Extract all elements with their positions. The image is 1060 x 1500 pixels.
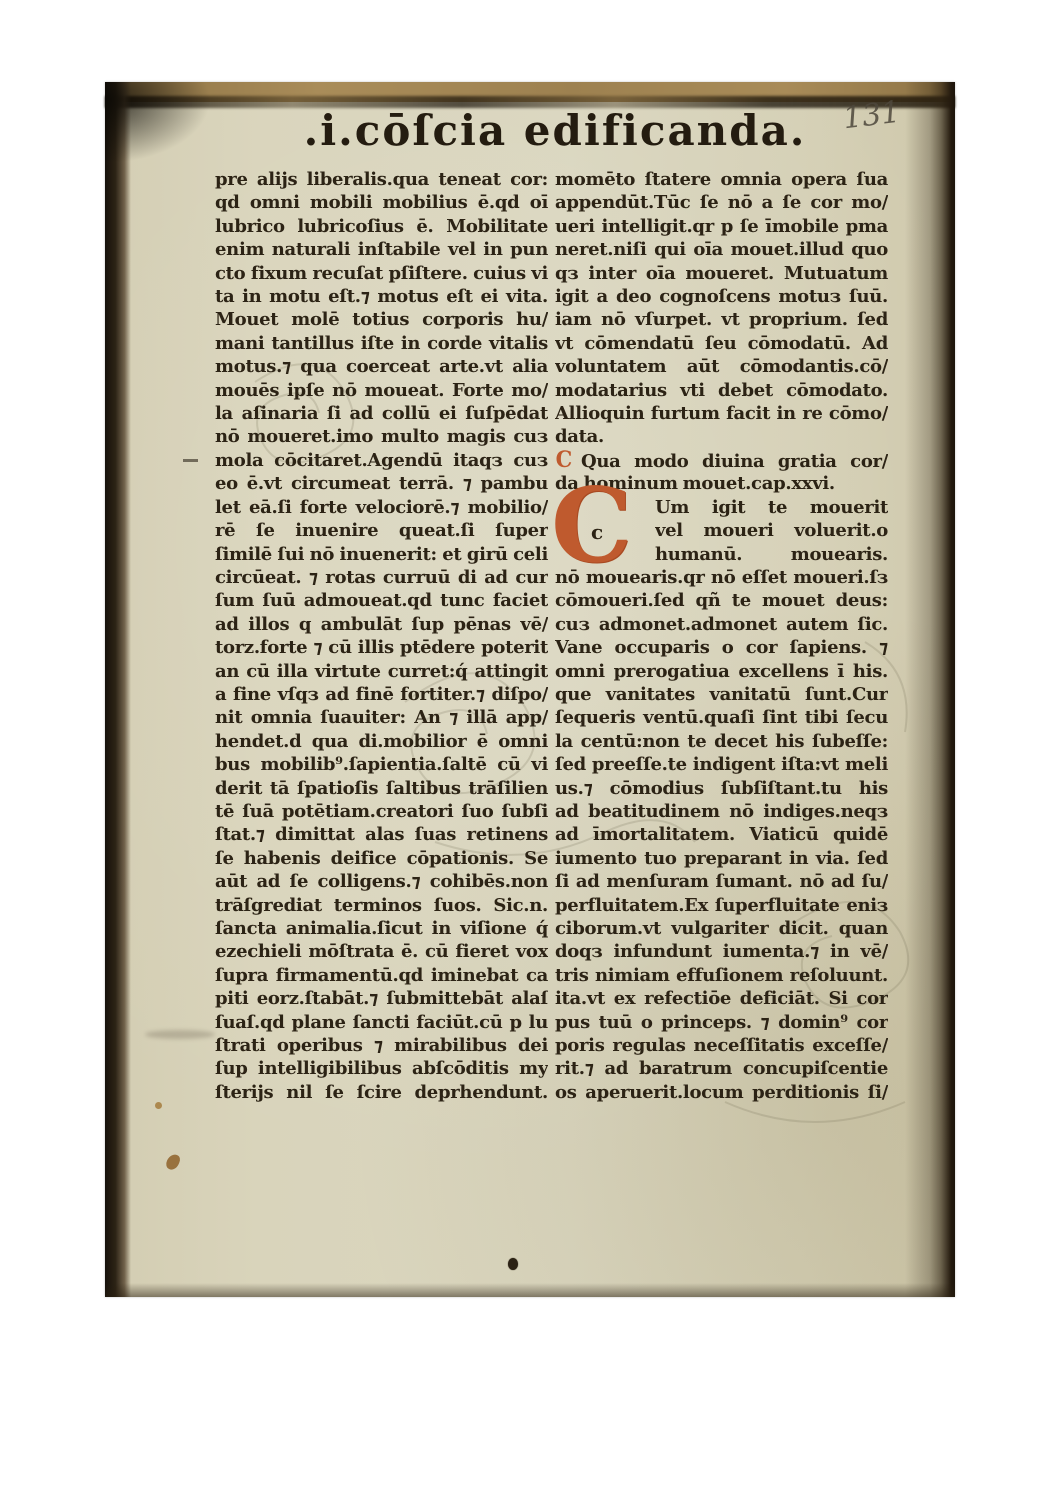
text-line: Mouet molē totius corporis hu/ — [215, 308, 548, 331]
book-page-photo: .i.cōſcia edificanda. 131 pre alijs libe… — [105, 82, 955, 1297]
text-line: ſequeris ventū.quaſi ſint tibi ſecu — [555, 706, 888, 729]
text-line: os aperuerit.locum perditionis ſi/ — [555, 1081, 888, 1104]
handwritten-folio-number: 131 — [841, 95, 902, 137]
text-line: enim naturali inſtabile vel in pun — [215, 238, 548, 261]
text-line: ciborum.vt vulgariter dicit. quan — [555, 917, 888, 940]
text-line: nit omnia ſuauiter: An ⁊ illā app/ — [215, 706, 548, 729]
text-line: cuз admonet.admonet autem ſic. — [555, 613, 888, 636]
text-line: tē ſuā potētiam.creatori ſuo ſubſi — [215, 800, 548, 823]
text-line: mani tantillus iſte in corde vitalis — [215, 332, 548, 355]
text-line: la centū:non te decet his ſubeſſe: — [555, 730, 888, 753]
text-line: aūt ad ſe colligens.⁊ cohibēs.non — [215, 870, 548, 893]
text-line: let eā.ſi forte velociorē.⁊ mobilio/ — [215, 496, 548, 519]
text-line: ſupra firmamentū.qd iminebat ca — [215, 964, 548, 987]
text-line: Um igit te mouerit deus. — [655, 496, 888, 519]
running-header-title: .i.cōſcia edificanda. — [295, 106, 815, 155]
text-line: modatarius vti debet cōmodato. — [555, 379, 888, 402]
text-line: torz.forte ⁊ cū illis ptēdere poterit — [215, 636, 548, 659]
text-line: la aſinaria ſi ad collū ei ſuſpēdat — [215, 402, 548, 425]
text-column-left: pre alijs liberalis.qua teneat cor:qd om… — [215, 168, 548, 1104]
text-line: neret.niſi qui oīa mouet.illud quo — [555, 238, 888, 261]
corner-shadow — [105, 82, 255, 172]
text-line: ſuaſ.qd plane ſancti faciūt.cū p lu — [215, 1011, 548, 1034]
text-line: ezechieli mōſtrata ē. cū fieret vox — [215, 940, 548, 963]
text-line: appendūt.Tūc ſe nō a ſe cor mo/ — [555, 191, 888, 214]
text-line: Vane occuparis o cor ſapiens. ⁊ — [555, 636, 888, 659]
text-line: lubrico lubricoſius ē. Mobilitate — [215, 215, 548, 238]
text-line: vel moueri voluerit.o cor — [655, 519, 888, 542]
small-stain — [155, 1102, 162, 1109]
text-line: ſterijs nil ſe ſcire deprhendunt. ſed — [215, 1081, 548, 1104]
text-line: cto fixum recuſat pſiſtere. cuius vi — [215, 262, 548, 285]
text-line: ſe habenis deifice cōpationis. Se — [215, 847, 548, 870]
ink-spot — [508, 1258, 518, 1270]
guide-letter: c — [591, 520, 603, 544]
page-fore-edge — [905, 82, 955, 1297]
text-line: omni prerogatiua excellens ī his. — [555, 660, 888, 683]
brown-stain — [164, 1152, 182, 1172]
text-line: circūeat. ⁊ rotas curruū di ad cur — [215, 566, 548, 589]
text-line: humanū. mouearis. aliter — [655, 543, 888, 566]
text-line: poris regulas neceſſitatis exceſſe/ — [555, 1034, 888, 1057]
text-line: ſed preeſſe.te indigent iſta:vt meli — [555, 753, 888, 776]
text-line: derit tā ſpatioſis ſaltibus trāſilien — [215, 777, 548, 800]
text-line: ad beatitudinem nō indiges.neqз — [555, 800, 888, 823]
text-line: ſtat.⁊ dimittat alas ſuas retinens — [215, 823, 548, 846]
text-line: data. — [555, 425, 888, 448]
text-line: motus.⁊ qua coerceat arte.vt alia — [215, 355, 548, 378]
text-line: iam nō vſurpet. vt proprium. ſed — [555, 308, 888, 331]
text-line: ta in motu eſt.⁊ motus eſt ei vita. — [215, 285, 548, 308]
text-line: vt cōmendatū ſeu cōmodatū. Ad — [555, 332, 888, 355]
text-line: hendet.d qua di.mobilior ē omni — [215, 730, 548, 753]
text-line: voluntatem aūt cōmodantis.cō/ — [555, 355, 888, 378]
text-line: ita.vt ex refectiōe deficiāt. Si cor — [555, 987, 888, 1010]
text-line: pus tuū o princeps. ⁊ domin⁹ cor — [555, 1011, 888, 1034]
binding-gutter-shadow — [105, 82, 131, 1297]
text-line: pre alijs liberalis.qua teneat cor: — [215, 168, 548, 191]
margin-smudge — [145, 1030, 215, 1039]
page-bottom-edge — [105, 1283, 955, 1297]
text-line: eo ē.vt circumeat terrā. ⁊ pambu — [215, 472, 548, 495]
text-line: rit.⁊ ad baratrum concupiſcentie — [555, 1057, 888, 1080]
text-line: ſimilē ſui nō inuenerit: et girū celi — [215, 543, 548, 566]
text-line: ſtrati operibus ⁊ mirabilibus dei — [215, 1034, 548, 1057]
text-line: nō moueret.imo multo magis cuз — [215, 425, 548, 448]
text-line: iumento tuo preparant in via. ſed — [555, 847, 888, 870]
text-line: que vanitates vanitatū ſunt.Cur — [555, 683, 888, 706]
text-line: mola cōcitaret.Agendū itaqз cuз — [215, 449, 548, 472]
text-line: momēto ſtatere omnia opera ſua — [555, 168, 888, 191]
text-column-right: momēto ſtatere omnia opera ſuaappendūt.T… — [555, 168, 888, 1104]
margin-pen-mark — [183, 459, 198, 462]
text-line: cōmoueri.ſed qñ te mouet deus: — [555, 589, 888, 612]
text-line: ſum ſuū admoueat.qd tunc faciet — [215, 589, 548, 612]
text-line: doqз infundunt iumenta.⁊ in vē/ — [555, 940, 888, 963]
text-line: piti eorz.ſtabāt.⁊ ſubmittebāt alaſ — [215, 987, 548, 1010]
text-line: ſi ad menſuram ſumant. nō ad ſu/ — [555, 870, 888, 893]
text-line: rē ſe inuenire queat.ſi ſuper terraз — [215, 519, 548, 542]
text-line: ſancta animalia.ſicut in viſione q́ — [215, 917, 548, 940]
text-line: us.⁊ cōmodius ſubſiſtant.tu his — [555, 777, 888, 800]
text-line: a fine vſqз ad finē fortiter.⁊ diſpo/ — [215, 683, 548, 706]
text-line: an cū illa virtute curret:q́ attingit — [215, 660, 548, 683]
text-line: tris nimiam effuſionem reſoluunt. — [555, 964, 888, 987]
text-line: bus mobilib⁹.ſapientia.ſaltē cū vi — [215, 753, 548, 776]
text-line: ad illos q ambulāt ſup pēnas vē/ — [215, 613, 548, 636]
text-line: mouēs ipſe nō moueat. Forte mo/ — [215, 379, 548, 402]
text-line: trāſgrediat terminos ſuos. Sic.n. — [215, 894, 548, 917]
text-line: igit a deo cognoſcens motuз ſuū. — [555, 285, 888, 308]
text-line: qз inter oīa moueret. Mutuatum — [555, 262, 888, 285]
text-line: ad īmortalitatem. Viaticū quidē — [555, 823, 888, 846]
text-line: ueri intelligit.qr p ſe īmobile pma — [555, 215, 888, 238]
screenshot-canvas: .i.cōſcia edificanda. 131 pre alijs libe… — [0, 0, 1060, 1500]
text-line: perfluitatem.Ex ſuperfluitate eniз — [555, 894, 888, 917]
text-line: qd omni mobili mobilius ē.qd oī — [215, 191, 548, 214]
text-line: ſup intelligibilibus abſcōditis my — [215, 1057, 548, 1080]
text-line: Allioquin furtum facit in re cōmo/ — [555, 402, 888, 425]
